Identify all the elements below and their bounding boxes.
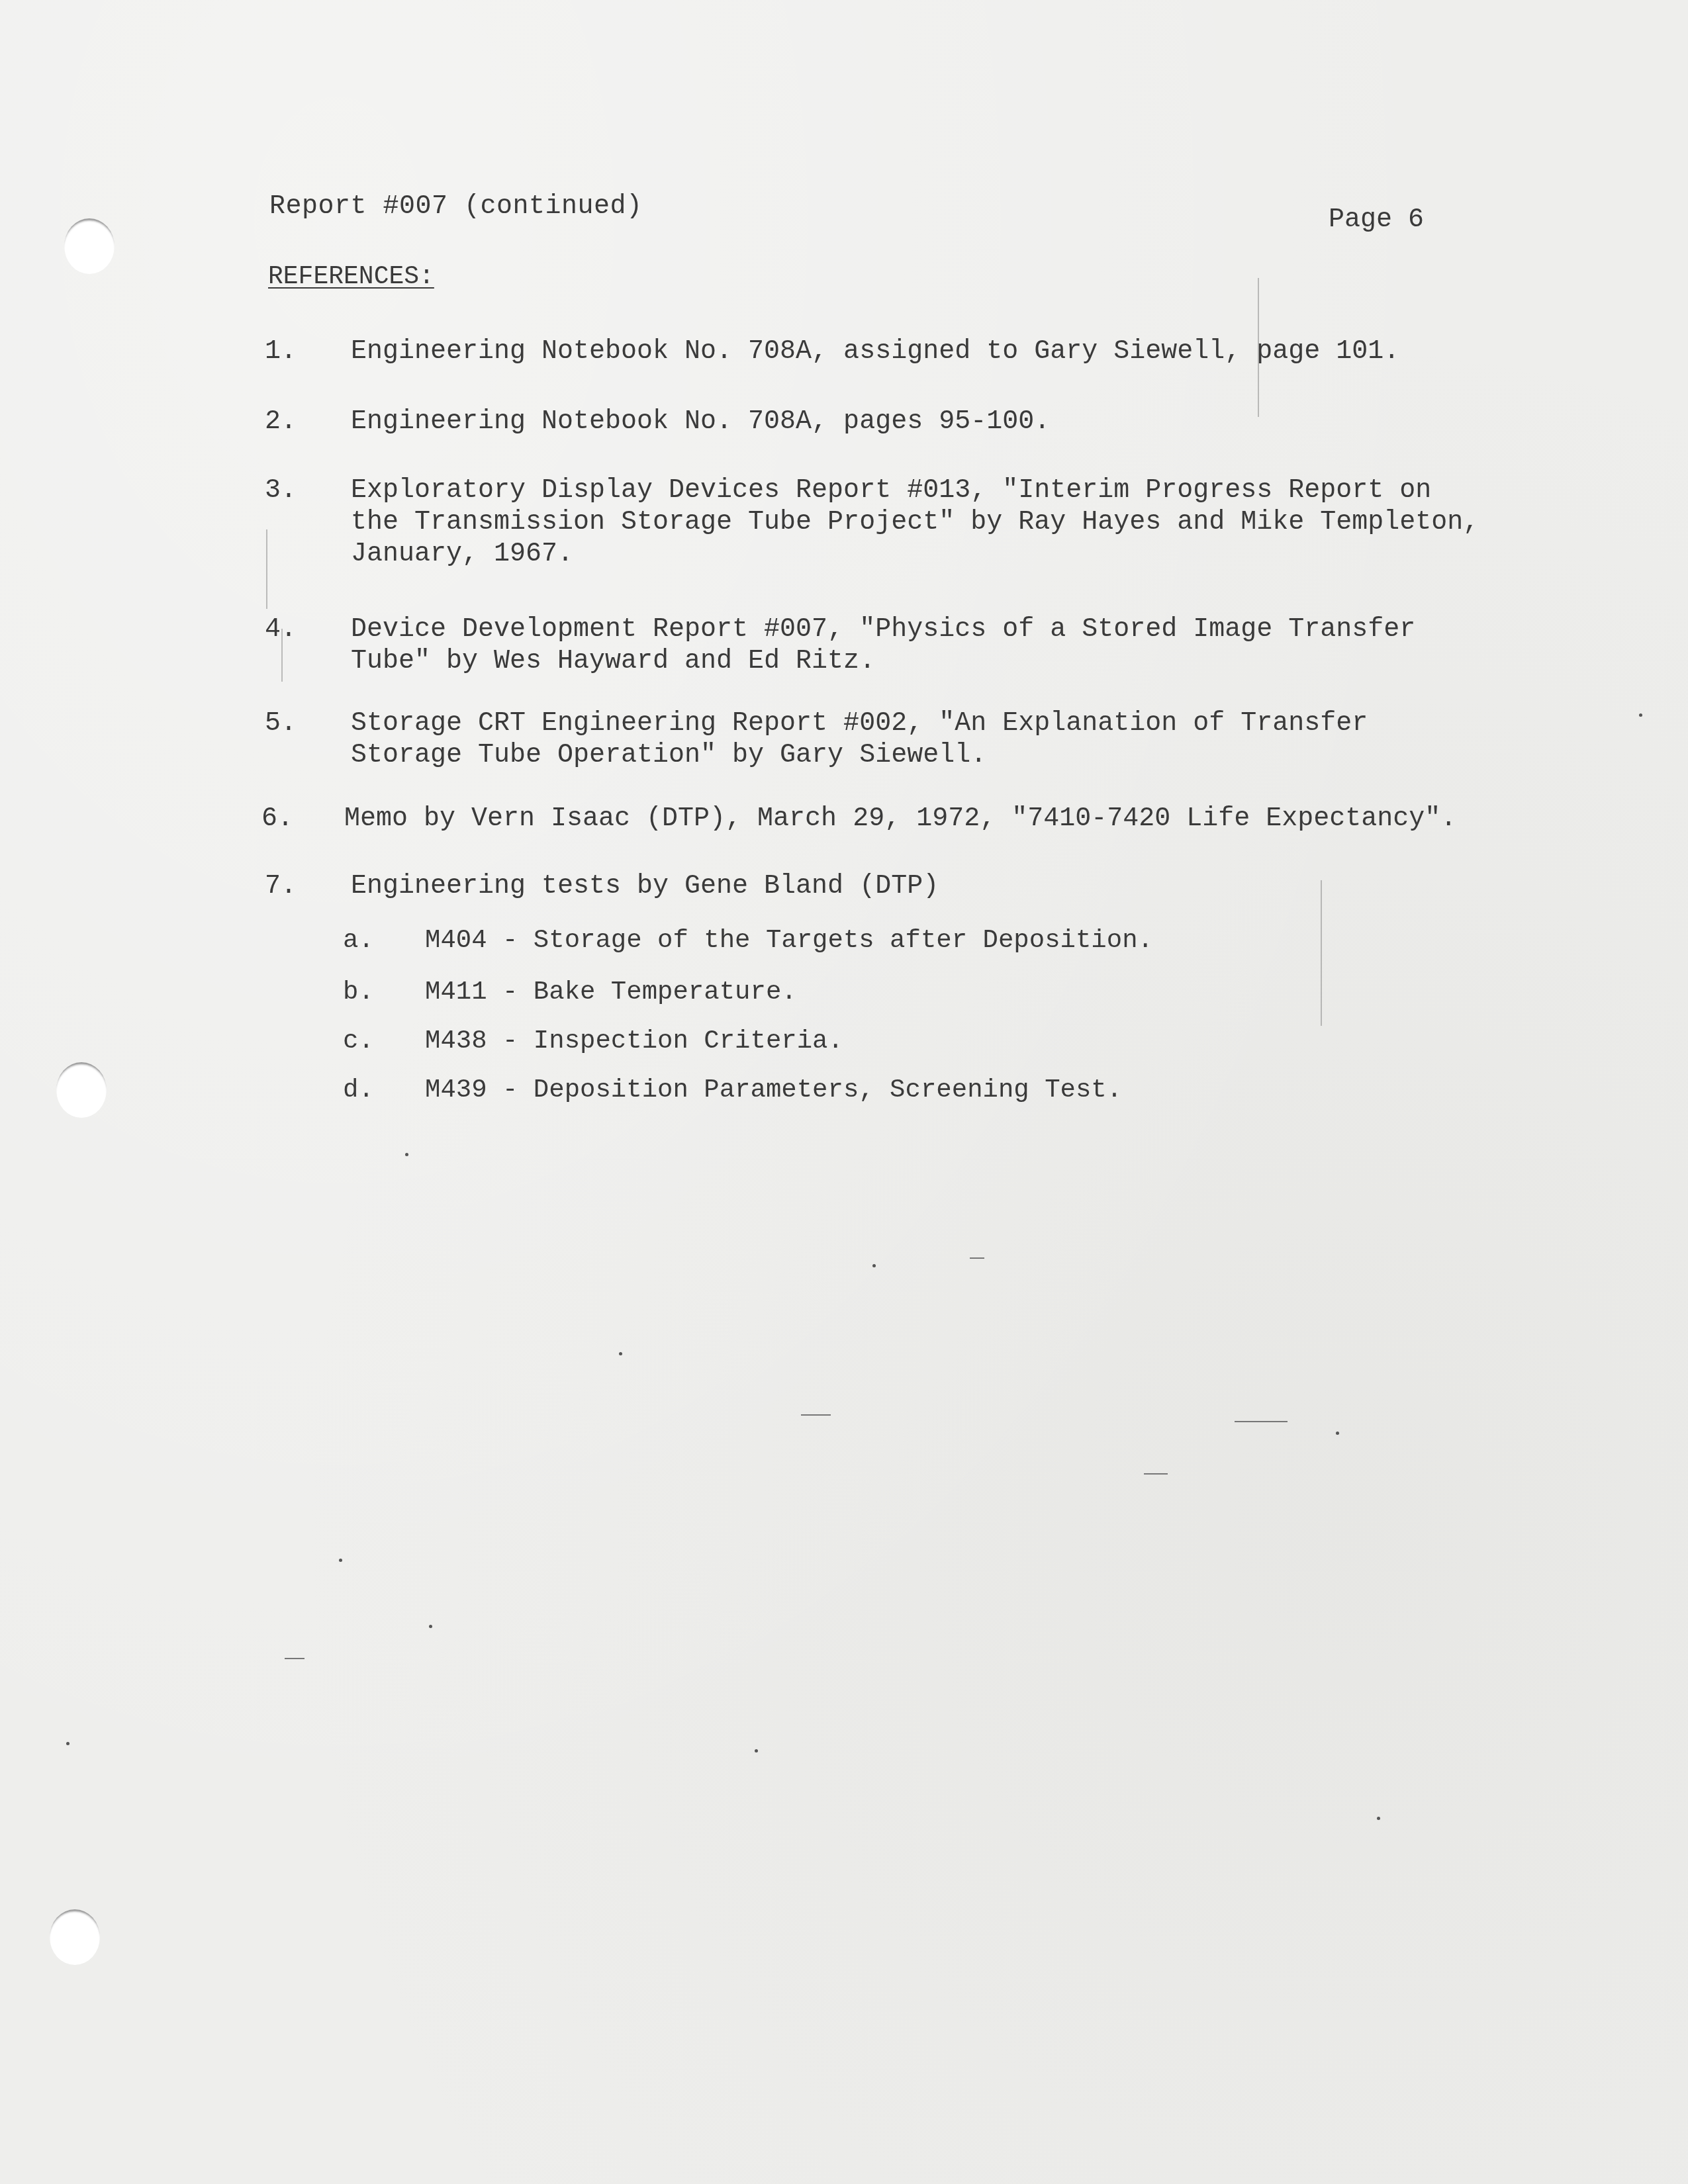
reference-text: Storage CRT Engineering Report #002, "An… xyxy=(351,708,1562,772)
reference-subitem: d. M439 - Deposition Parameters, Screeni… xyxy=(343,1075,1122,1105)
scan-artifact-dash xyxy=(970,1257,984,1259)
reference-item: 6. Memo by Vern Isaac (DTP), March 29, 1… xyxy=(261,803,1559,835)
subitem-text: M438 - Inspection Criteria. xyxy=(425,1026,843,1056)
scan-artifact-dash xyxy=(285,1658,305,1659)
scan-speck xyxy=(429,1625,432,1628)
subitem-text: M411 - Bake Temperature. xyxy=(425,977,797,1007)
reference-number: 1. xyxy=(265,336,297,368)
binder-punch-hole xyxy=(64,218,115,274)
reference-text: Memo by Vern Isaac (DTP), March 29, 1972… xyxy=(344,803,1559,835)
reference-subitem: a. M404 - Storage of the Targets after D… xyxy=(343,925,1153,956)
reference-number: 3. xyxy=(265,475,297,507)
subitem-letter: b. xyxy=(343,977,374,1007)
reference-number: 4. xyxy=(265,614,297,646)
reference-item: 3. Exploratory Display Devices Report #0… xyxy=(265,475,1562,570)
scan-artifact-line xyxy=(1258,278,1259,417)
scan-artifact-dash xyxy=(1144,1473,1168,1475)
scan-speck xyxy=(66,1742,70,1745)
reference-text: Engineering tests by Gene Bland (DTP) xyxy=(351,871,1562,903)
reference-text: Device Development Report #007, "Physics… xyxy=(351,614,1562,678)
scan-speck xyxy=(755,1749,758,1752)
scan-speck xyxy=(339,1559,342,1562)
reference-text: Exploratory Display Devices Report #013,… xyxy=(351,475,1562,570)
scan-speck xyxy=(872,1264,876,1267)
reference-number: 5. xyxy=(265,708,297,740)
reference-number: 7. xyxy=(265,871,297,903)
reference-item: 1. Engineering Notebook No. 708A, assign… xyxy=(265,336,1562,368)
subitem-letter: a. xyxy=(343,925,374,956)
reference-item: 2. Engineering Notebook No. 708A, pages … xyxy=(265,406,1562,438)
reference-number: 6. xyxy=(261,803,293,835)
scan-speck xyxy=(1336,1432,1339,1435)
scan-artifact-line xyxy=(281,629,283,682)
reference-text: Engineering Notebook No. 708A, pages 95-… xyxy=(351,406,1562,438)
binder-punch-hole xyxy=(50,1909,100,1965)
reference-item: 4. Device Development Report #007, "Phys… xyxy=(265,614,1562,678)
subitem-letter: c. xyxy=(343,1026,374,1056)
scan-artifact-line xyxy=(1321,880,1322,1026)
reference-subitem: c. M438 - Inspection Criteria. xyxy=(343,1026,843,1056)
scan-speck xyxy=(1639,713,1642,717)
reference-number: 2. xyxy=(265,406,297,438)
scan-speck xyxy=(1377,1817,1380,1820)
subitem-letter: d. xyxy=(343,1075,374,1105)
subitem-text: M439 - Deposition Parameters, Screening … xyxy=(425,1075,1122,1105)
reference-subitem: b. M411 - Bake Temperature. xyxy=(343,977,797,1007)
report-title: Report #007 (continued) xyxy=(269,192,643,222)
reference-item: 7. Engineering tests by Gene Bland (DTP) xyxy=(265,871,1562,903)
scanned-page: Report #007 (continued) Page 6 REFERENCE… xyxy=(0,0,1688,2184)
page-number: Page 6 xyxy=(1329,205,1424,235)
binder-punch-hole xyxy=(56,1062,107,1118)
subitem-text: M404 - Storage of the Targets after Depo… xyxy=(425,925,1153,956)
section-heading: REFERENCES: xyxy=(268,263,434,291)
reference-text: Engineering Notebook No. 708A, assigned … xyxy=(351,336,1562,368)
scan-artifact-dash xyxy=(801,1414,831,1416)
scan-speck xyxy=(405,1153,408,1156)
scan-speck xyxy=(619,1352,622,1355)
scan-artifact-dash xyxy=(1235,1421,1288,1422)
scan-artifact-line xyxy=(266,529,267,609)
reference-item: 5. Storage CRT Engineering Report #002, … xyxy=(265,708,1562,772)
